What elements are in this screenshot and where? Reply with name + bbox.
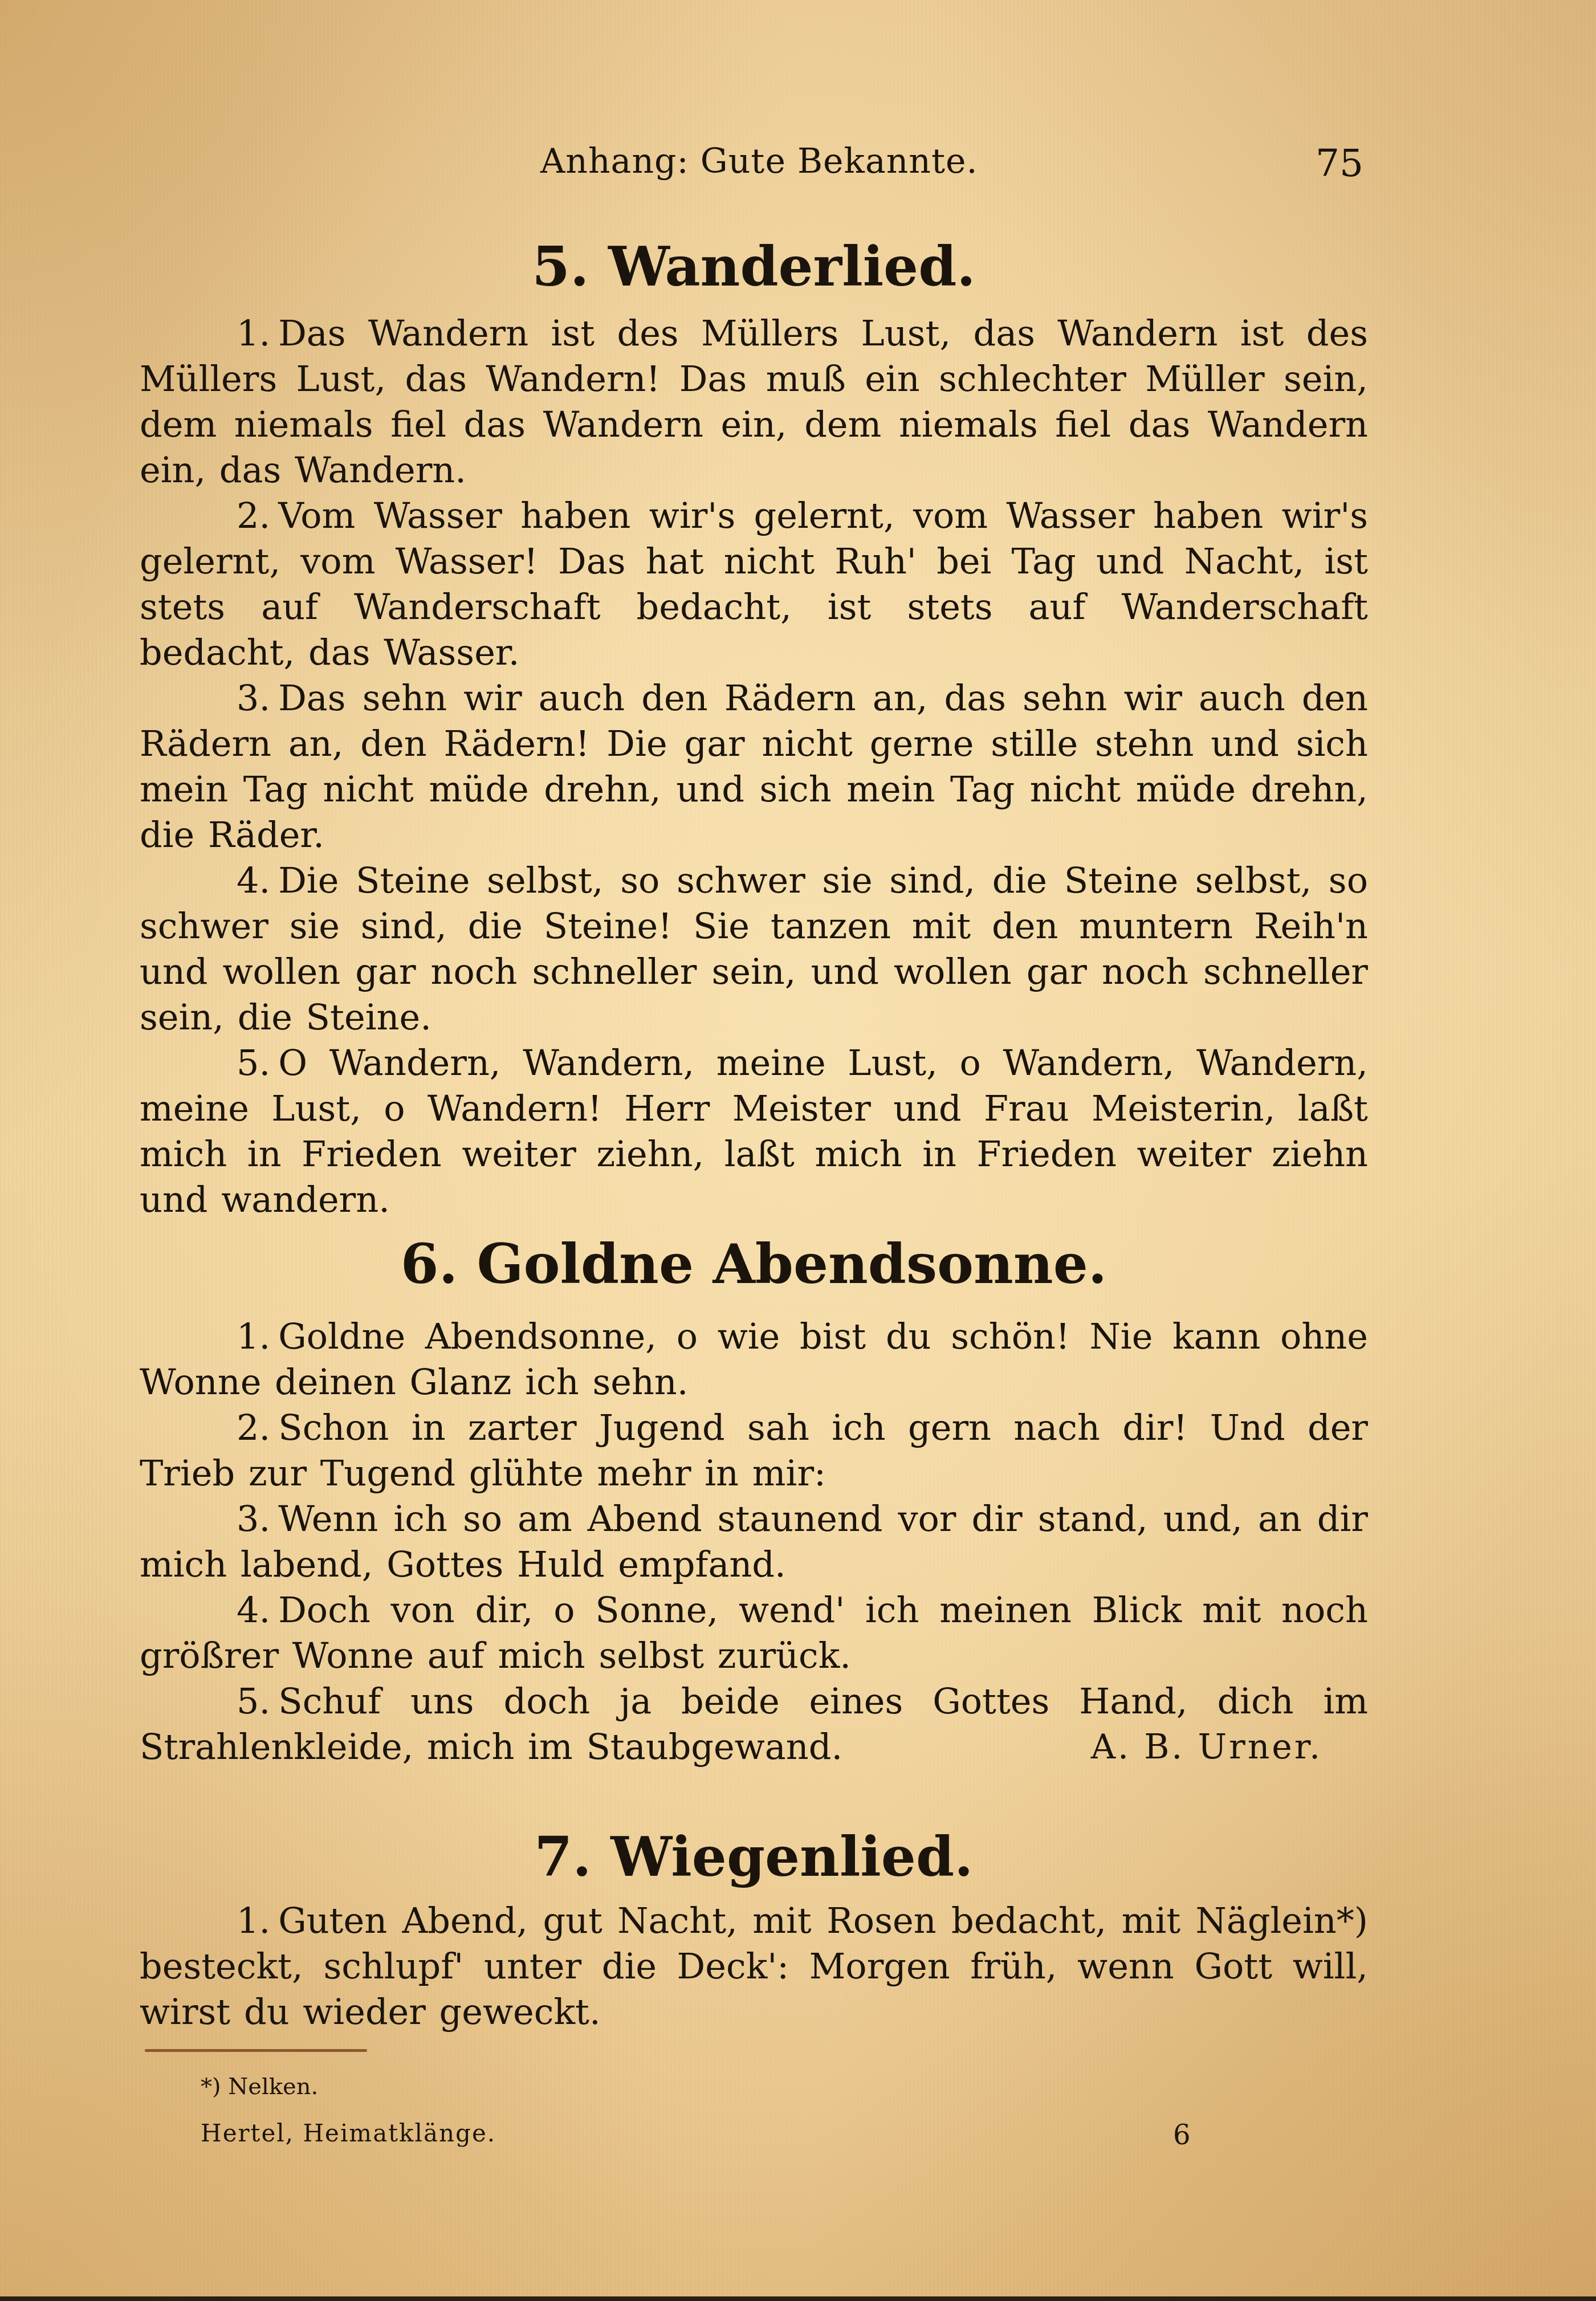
verse-text: Das sehn wir auch den Rädern an, das seh… bbox=[140, 677, 1368, 856]
verse: 4.Doch von dir, o Sonne, wend' ich meine… bbox=[140, 1587, 1368, 1679]
song-title-wanderlied: 5. Wanderlied. bbox=[140, 239, 1368, 294]
verse-number: 1. bbox=[237, 1900, 270, 1941]
verse-number: 1. bbox=[237, 312, 270, 354]
song-title-goldne-abendsonne: 6. Goldne Abendsonne. bbox=[140, 1237, 1368, 1292]
verse: 3.Das sehn wir auch den Rädern an, das s… bbox=[140, 675, 1368, 858]
printer-signature: Hertel, Heimatklänge. bbox=[201, 2119, 496, 2147]
verse-text: Die Steine selbst, so schwer sie sind, d… bbox=[140, 860, 1368, 1038]
verse-number: 3. bbox=[237, 677, 270, 719]
verse-number: 1. bbox=[237, 1316, 270, 1357]
verse-text: Goldne Abendsonne, o wie bist du schön! … bbox=[140, 1316, 1368, 1403]
footnote-divider bbox=[145, 2049, 367, 2052]
verse: 1.Das Wandern ist des Müllers Lust, das … bbox=[140, 311, 1368, 493]
verse-number: 5. bbox=[237, 1680, 270, 1722]
song-title-wiegenlied: 7. Wiegenlied. bbox=[140, 1830, 1368, 1884]
verse-number: 4. bbox=[237, 860, 270, 901]
running-head: Anhang: Gute Bekannte. bbox=[540, 141, 978, 181]
verse: 2.Schon in zarter Jugend sah ich gern na… bbox=[140, 1405, 1368, 1496]
footnote: *) Nelken. bbox=[201, 2074, 318, 2100]
verse: 1.Guten Abend, gut Nacht, mit Rosen beda… bbox=[140, 1898, 1368, 2035]
signature-mark: 6 bbox=[1173, 2119, 1191, 2151]
verse-number: 4. bbox=[237, 1589, 270, 1631]
page-edge bbox=[0, 2296, 1596, 2301]
verse-text: Das Wandern ist des Müllers Lust, das Wa… bbox=[140, 312, 1368, 491]
song-goldne-abendsonne: 1.Goldne Abendsonne, o wie bist du schön… bbox=[140, 1314, 1368, 1770]
verse: 5.O Wandern, Wandern, meine Lust, o Wand… bbox=[140, 1040, 1368, 1223]
verse-number: 5. bbox=[237, 1042, 270, 1084]
verse-text: Guten Abend, gut Nacht, mit Rosen bedach… bbox=[140, 1900, 1368, 2033]
song-wanderlied: 1.Das Wandern ist des Müllers Lust, das … bbox=[140, 311, 1368, 1223]
page-number: 75 bbox=[1316, 141, 1363, 185]
verse-text: Schon in zarter Jugend sah ich gern nach… bbox=[140, 1407, 1368, 1494]
verse: 1.Goldne Abendsonne, o wie bist du schön… bbox=[140, 1314, 1368, 1405]
verse-text: O Wandern, Wandern, meine Lust, o Wander… bbox=[140, 1042, 1368, 1220]
verse-number: 2. bbox=[237, 495, 270, 536]
verse: 3.Wenn ich so am Abend staunend vor dir … bbox=[140, 1496, 1368, 1587]
verse-text: Vom Wasser haben wir's gelernt, vom Wass… bbox=[140, 495, 1368, 673]
verse-number: 3. bbox=[237, 1498, 270, 1540]
verse: 4.Die Steine selbst, so schwer sie sind,… bbox=[140, 858, 1368, 1040]
verse: 2.Vom Wasser haben wir's gelernt, vom Wa… bbox=[140, 493, 1368, 675]
verse-with-attribution: 5.Schuf uns doch ja beide eines Gottes H… bbox=[140, 1679, 1368, 1770]
song-wiegenlied: 1.Guten Abend, gut Nacht, mit Rosen beda… bbox=[140, 1898, 1368, 2035]
verse-number: 2. bbox=[237, 1407, 270, 1448]
verse-text: Doch von dir, o Sonne, wend' ich meinen … bbox=[140, 1589, 1368, 1676]
verse-text: Wenn ich so am Abend staunend vor dir st… bbox=[140, 1498, 1368, 1585]
author-attribution: A. B. Urner. bbox=[1091, 1724, 1322, 1770]
